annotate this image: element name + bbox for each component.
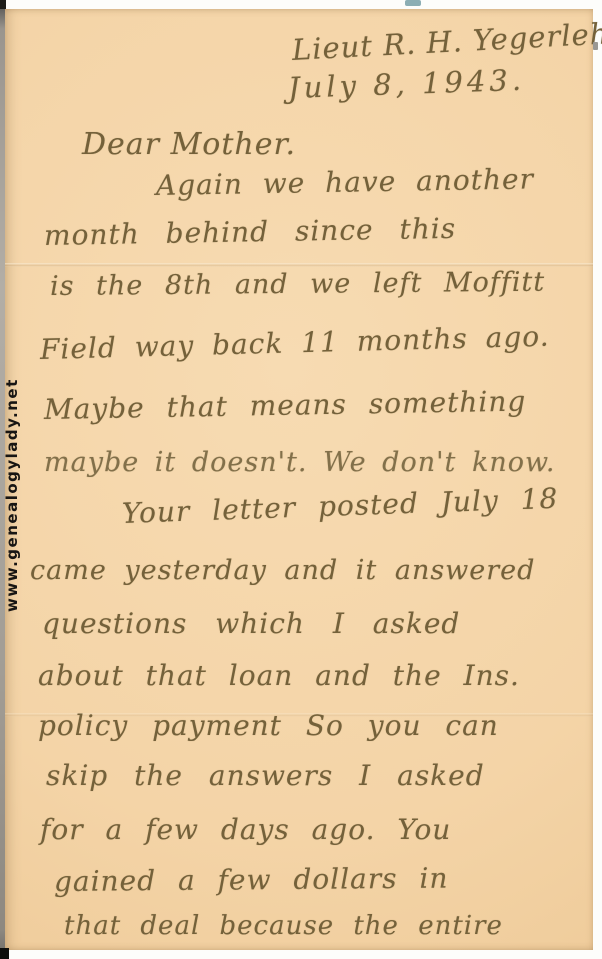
- letter-line: Again we have another: [156, 162, 535, 202]
- letter-line: Maybe that means something: [44, 385, 527, 426]
- letter-line: maybe it doesn't. We don't know.: [44, 447, 555, 478]
- scan-artifact-right-mark: [593, 42, 598, 50]
- sender-line: Lieut R. H. Yegerlehner: [291, 14, 602, 67]
- letter-line: month behind since this: [44, 212, 457, 252]
- letter-line: that deal because the entire: [64, 911, 503, 941]
- salutation: Dear Mother.: [82, 127, 296, 162]
- letter-line: gained a few dollars in: [54, 862, 449, 898]
- scan-artifact-top-mark: [405, 0, 421, 6]
- scan-artifact-bottom-left: [0, 948, 9, 959]
- letter-paper: Lieut R. H. Yegerlehner July 8, 1943. De…: [4, 9, 593, 950]
- letter-line: about that loan and the Ins.: [38, 659, 520, 692]
- letter-line: Field way back 11 months ago.: [40, 320, 550, 366]
- letter-line: skip the answers I asked: [46, 759, 485, 792]
- letter-scan: Lieut R. H. Yegerlehner July 8, 1943. De…: [0, 0, 602, 959]
- watermark-url: www.genealogylady.net: [3, 282, 21, 612]
- scan-artifact-top-left: [0, 0, 6, 9]
- letter-line: Your letter posted July 18: [121, 482, 558, 530]
- letter-line: policy payment So you can: [38, 709, 499, 742]
- scanner-edge-strip: [0, 0, 5, 959]
- letter-line: for a few days ago. You: [40, 813, 451, 846]
- letter-line: is the 8th and we left Moffitt: [50, 267, 545, 302]
- letter-line: questions which I asked: [42, 607, 460, 640]
- date-line: July 8, 1943.: [287, 63, 525, 105]
- letter-line: came yesterday and it answered: [30, 555, 535, 586]
